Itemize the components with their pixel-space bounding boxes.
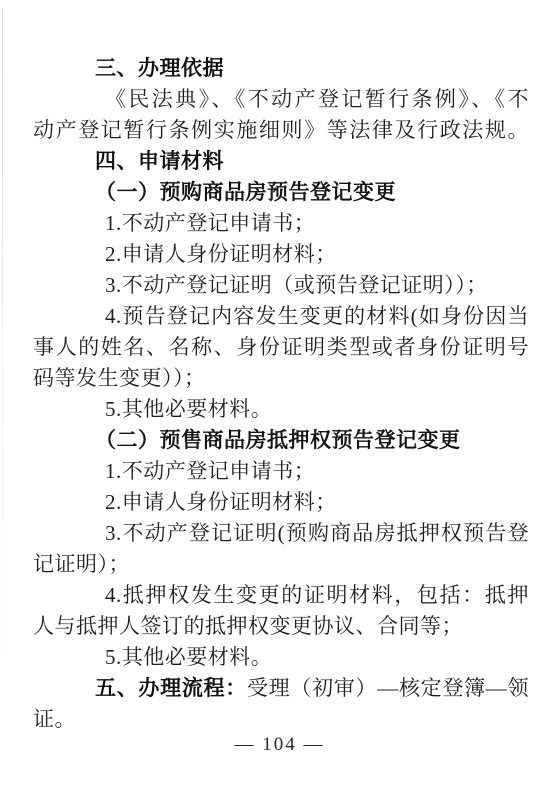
subsection-2-item-1: 1.不动产登记申请书； [33, 456, 529, 487]
subsection-1-heading: （一）预购商品房预告登记变更 [33, 177, 529, 208]
document-content: 三、办理依据 《民法典》、《不动产登记暂行条例》、《不 动产登记暂行条例实施细则… [33, 53, 529, 735]
subsection-1-item-4-line-3: 码等发生变更））； [33, 363, 529, 394]
subsection-1-item-5: 5.其他必要材料。 [33, 394, 529, 425]
page-left-edge-line [2, 10, 3, 780]
subsection-2-item-3-line-2: 记证明）； [33, 549, 529, 580]
subsection-1-item-4-line-1: 4.预告登记内容发生变更的材料(如身份因当 [33, 301, 529, 332]
subsection-1-item-4-line-2: 事人的姓名、名称、身份证明类型或者身份证明号 [33, 332, 529, 363]
subsection-1-item-3: 3.不动产登记证明（或预告登记证明））； [33, 270, 529, 301]
process-text: 受理（初审）—核定登簿—领 [247, 676, 529, 700]
subsection-2-item-3-line-1: 3.不动产登记证明(预购商品房抵押权预告登 [33, 518, 529, 549]
subsection-1-item-2: 2.申请人身份证明材料； [33, 239, 529, 270]
process-heading-label: 五、办理流程： [95, 677, 247, 700]
subsection-2-item-4-line-1: 4.抵押权发生变更的证明材料，包括：抵押权 [33, 580, 529, 611]
subsection-2-item-4-line-2: 人与抵押人签订的抵押权变更协议、合同等； [33, 611, 529, 642]
process-line-2: 证。 [33, 704, 529, 735]
document-page: 三、办理依据 《民法典》、《不动产登记暂行条例》、《不 动产登记暂行条例实施细则… [0, 0, 559, 793]
subsection-2-item-2: 2.申请人身份证明材料； [33, 487, 529, 518]
subsection-2-heading: （二）预售商品房抵押权预告登记变更 [33, 425, 529, 456]
subsection-1-item-1: 1.不动产登记申请书； [33, 208, 529, 239]
page-number: — 104 — [0, 734, 559, 756]
section-heading-basis: 三、办理依据 [33, 53, 529, 84]
process-line-1: 五、办理流程：受理（初审）—核定登簿—领 [33, 673, 529, 704]
basis-paragraph-line-1: 《民法典》、《不动产登记暂行条例》、《不 [33, 84, 529, 115]
section-heading-materials: 四、申请材料 [33, 146, 529, 177]
basis-paragraph-line-2: 动产登记暂行条例实施细则》等法律及行政法规。 [33, 115, 529, 146]
subsection-2-item-5: 5.其他必要材料。 [33, 642, 529, 673]
